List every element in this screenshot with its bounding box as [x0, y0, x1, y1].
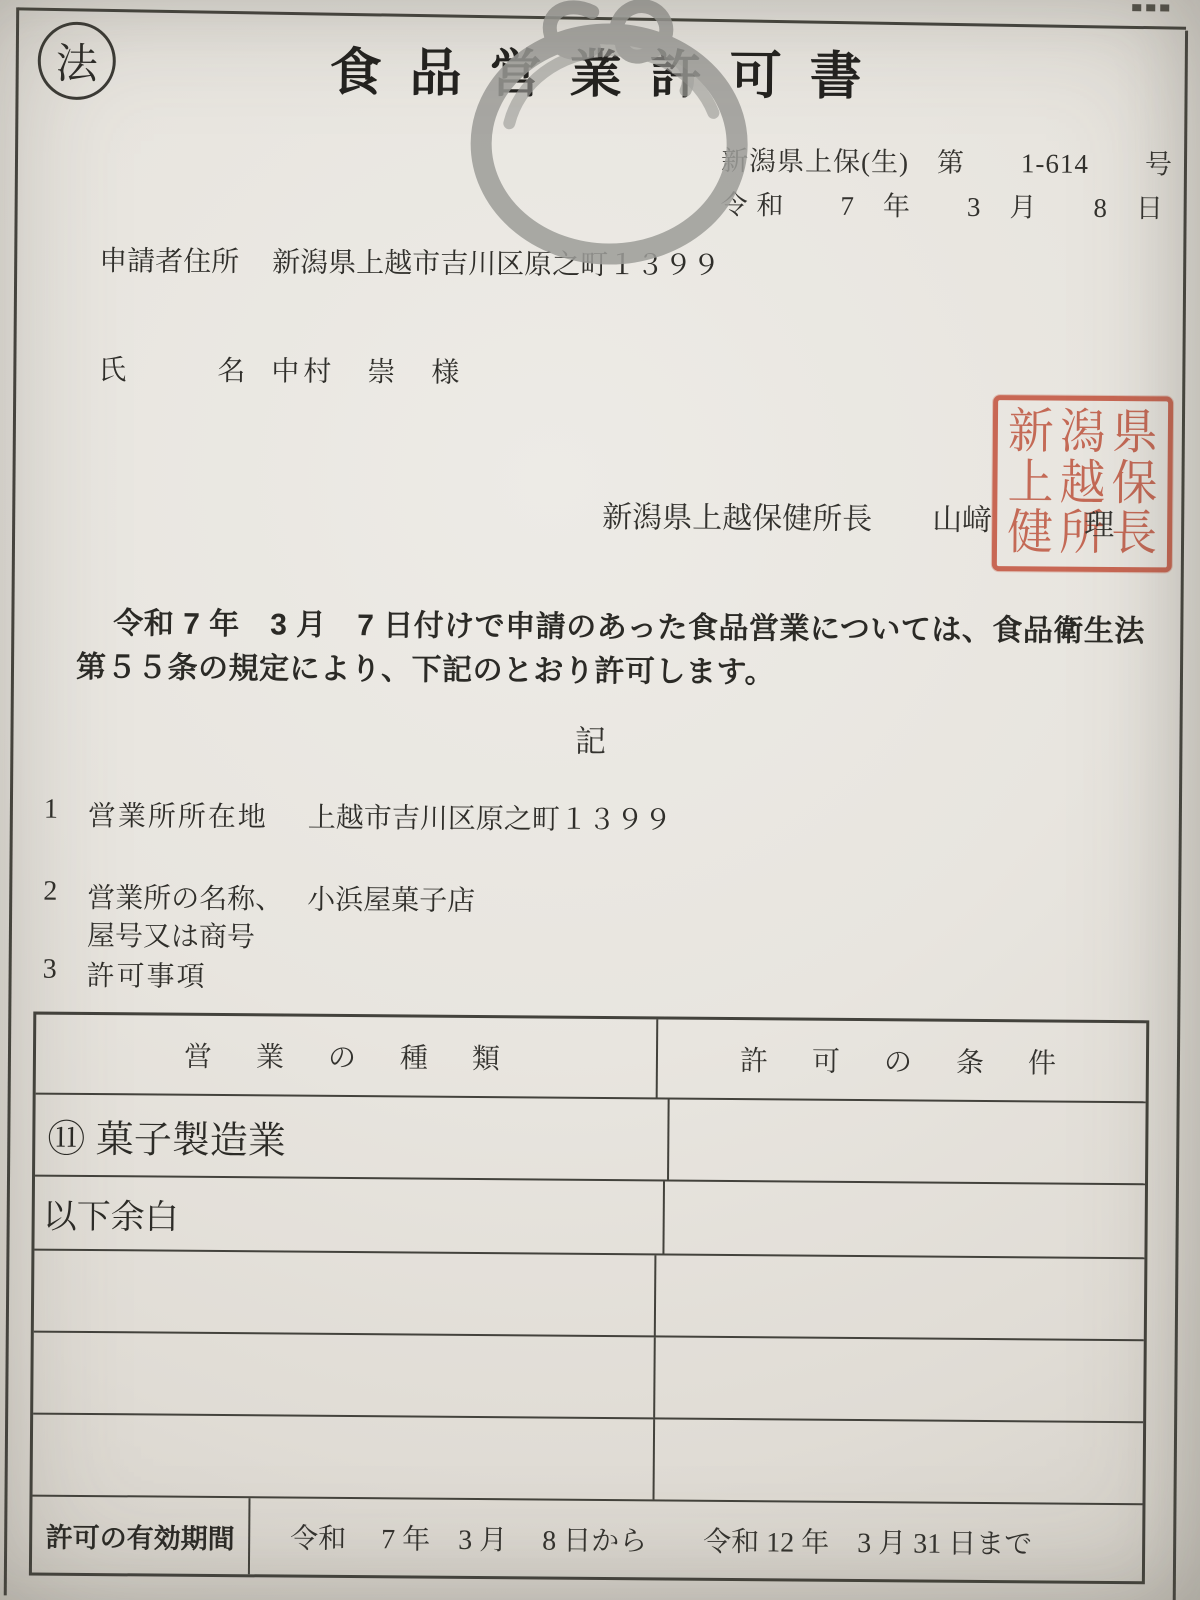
name-label-mei: 名 — [217, 349, 245, 389]
seal-character: 健 — [1003, 506, 1058, 562]
table-row: ⑪ 菓子製造業 — [35, 1093, 1146, 1184]
permit-condition-cell — [655, 1337, 1144, 1421]
seal-character: 長 — [1107, 507, 1162, 563]
business-type-cell: ⑪ 菓子製造業 — [35, 1095, 670, 1180]
validity-period-row: 許可の有効期間 令和 7 年 3 月 8 日から 令和 12 年 3 月 31 … — [32, 1495, 1143, 1582]
table-row: 以下余白 — [34, 1175, 1145, 1258]
official-red-seal: 新 潟 県 上 越 保 健 所 長 — [992, 395, 1173, 572]
item1-label: 営業所所在地 — [88, 794, 268, 835]
cropped-edge-mark — [1132, 4, 1169, 11]
issuer-office-and-name: 新潟県上越保健所長 山﨑 — [602, 492, 992, 539]
permit-condition-cell — [669, 1100, 1146, 1184]
seal-character: 保 — [1107, 456, 1162, 512]
permit-condition-cell — [664, 1182, 1145, 1258]
item3-label: 許可事項 — [86, 954, 206, 995]
item2-label: 営業所の名称、 — [87, 876, 283, 918]
permit-condition-cell — [656, 1255, 1145, 1339]
seal-character: 上 — [1003, 455, 1058, 511]
seal-character: 県 — [1108, 405, 1163, 461]
table-row — [33, 1413, 1144, 1504]
item1-value: 上越市吉川区原之町１３９９ — [308, 796, 672, 839]
seal-character: 潟 — [1056, 405, 1111, 461]
name-label-shi: 氏 — [98, 348, 126, 388]
item2-label-line2: 屋号又は商号 — [87, 914, 255, 955]
seal-character: 新 — [1004, 405, 1059, 461]
business-type-cell — [33, 1415, 656, 1500]
bleedthrough-stamp-watermark — [432, 0, 798, 292]
permission-table: 営 業 の 種 類 許 可 の 条 件 ⑪ 菓子製造業 以下余白 — [29, 1012, 1149, 1585]
business-type-cell — [34, 1251, 657, 1336]
table-row — [33, 1331, 1144, 1422]
business-type-cell: 以下余白 — [34, 1177, 665, 1254]
validity-period-value: 令和 7 年 3 月 8 日から 令和 12 年 3 月 31 日まで — [250, 1498, 1143, 1581]
applicant-address-label: 申請者住所 — [99, 239, 239, 280]
table-header-permit-conditions: 許 可 の 条 件 — [658, 1019, 1147, 1101]
table-header-row: 営 業 の 種 類 許 可 の 条 件 — [36, 1015, 1147, 1102]
frame-border-right — [1173, 31, 1188, 1600]
item3-number: 3 — [43, 954, 57, 986]
permit-condition-cell — [655, 1419, 1144, 1503]
frame-border-left — [4, 7, 19, 1595]
body-paragraph-line2: 第５５条の規定により、下記のとおり許可します。 — [76, 642, 775, 691]
table-header-business-type: 営 業 の 種 類 — [36, 1015, 659, 1098]
item1-number: 1 — [44, 794, 58, 826]
validity-period-label: 許可の有効期間 — [32, 1497, 251, 1575]
business-type-cell — [33, 1333, 656, 1418]
applicant-name-value: 中村 崇 様 — [271, 349, 463, 391]
table-row — [34, 1249, 1145, 1340]
document-sheet: 法 食品営業許可書 新潟県上保(生) 第 1-614 号 令 和 7 年 3 月… — [0, 0, 1200, 1600]
item2-number: 2 — [43, 876, 57, 908]
document-photo: 法 食品営業許可書 新潟県上保(生) 第 1-614 号 令 和 7 年 3 月… — [0, 0, 1200, 1600]
item2-value: 小浜屋菓子店 — [307, 878, 475, 919]
record-mark: 記 — [0, 711, 1180, 765]
issuer-given-name: 理 — [1084, 500, 1114, 544]
